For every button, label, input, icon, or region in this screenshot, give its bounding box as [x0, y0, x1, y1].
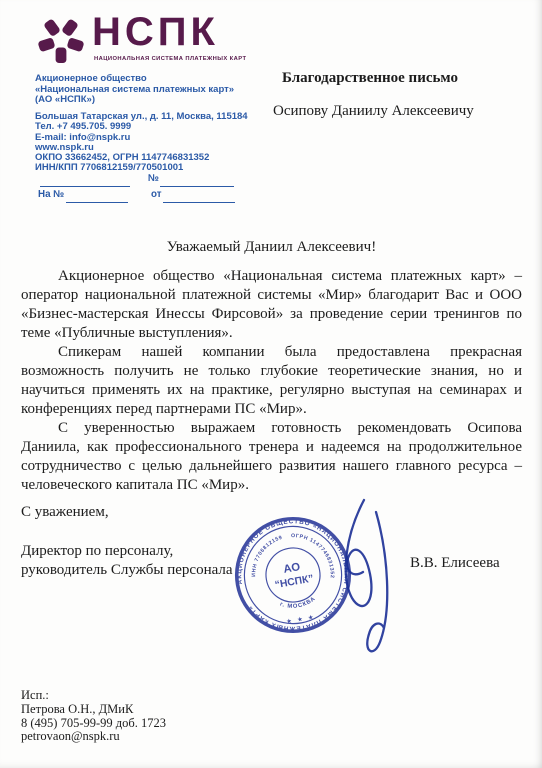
nspk-logo-icon: [34, 13, 88, 65]
closing-phrase: С уважением,: [21, 504, 109, 521]
paragraph: Акционерное общество «Национальная систе…: [21, 267, 522, 343]
paragraph: Спикерам нашей компании была предоставле…: [21, 343, 522, 419]
org-name-line: Акционерное общество: [35, 74, 234, 85]
handwritten-signature: [318, 492, 410, 667]
contact-block: Большая Татарская ул., д. 11, Москва, 11…: [35, 112, 248, 174]
signer-title-line: руководитель Службы персонала: [21, 561, 233, 580]
signer-title-line: Директор по персоналу,: [21, 542, 233, 561]
executor-footer: Исп.: Петрова О.Н., ДМиК 8 (495) 705-99-…: [21, 689, 166, 744]
paragraph: С уверенностью выражаем готовность реком…: [21, 419, 522, 495]
logo-wordmark: НСПК: [92, 12, 219, 52]
executor-name: Петрова О.Н., ДМиК: [21, 703, 166, 717]
stamp-city-text: г. МОСКВА: [278, 595, 318, 612]
ref-number-label: №: [148, 173, 159, 184]
ref-reply-label: На №: [38, 189, 64, 200]
salutation: Уважаемый Даниил Алексеевич!: [21, 238, 522, 257]
signer-name: В.В. Елисеева: [410, 555, 500, 572]
ref-date-blank-line: [163, 192, 235, 203]
ref-blank-line: [40, 176, 130, 187]
stamp-city-textpath: г. МОСКВА: [278, 595, 318, 612]
ref-number-blank-line: [160, 176, 234, 187]
stamp-center-nspk: “НСПК”: [274, 573, 314, 591]
stamp-center-ao: АО: [283, 561, 302, 576]
ref-date-label: от: [151, 189, 162, 200]
ref-reply-blank-line: [66, 192, 128, 203]
addressee-name: Осипову Даниилу Алексеевичу: [273, 103, 474, 120]
executor-label: Исп.:: [21, 689, 166, 703]
stamp-inner-circle: [262, 544, 325, 607]
executor-phone: 8 (495) 705-99-99 доб. 1723: [21, 717, 166, 731]
signer-title-block: Директор по персоналу, руководитель Служ…: [21, 542, 233, 580]
executor-email: petrovaon@nspk.ru: [21, 730, 166, 744]
scanned-letter-page: НСПК НАЦИОНАЛЬНАЯ СИСТЕМА ПЛАТЕЖНЫХ КАРТ…: [0, 0, 542, 768]
org-name-line: (АО «НСПК»): [35, 95, 234, 106]
document-title: Благодарственное письмо: [282, 70, 458, 87]
org-name-block: Акционерное общество «Национальная систе…: [35, 74, 234, 106]
logo-tagline: НАЦИОНАЛЬНАЯ СИСТЕМА ПЛАТЕЖНЫХ КАРТ: [94, 56, 234, 62]
signature-stroke: [346, 500, 372, 606]
inn-kpp-line: ИНН/КПП 7706812159/770501001: [35, 163, 248, 173]
letter-body: Уважаемый Даниил Алексеевич! Акционерное…: [21, 238, 522, 495]
